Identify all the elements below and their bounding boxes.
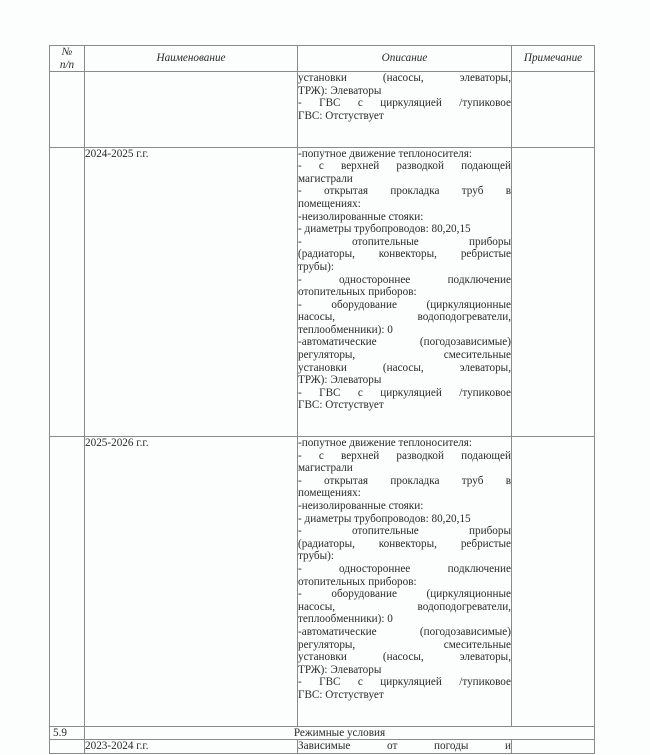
description-line: ТРЖ): Элеваторы [298,374,511,387]
description-line: - оборудование (циркуляционные [298,299,511,312]
description-line: установки (насосы, элеваторы, [298,362,511,375]
description-lines: установки (насосы, элеваторы,ТРЖ): Элева… [298,72,511,122]
description-line: - одностороннее подключение [298,563,511,576]
description-line: Зависимые от погоды и [298,740,511,753]
description-line: трубы): [298,550,511,563]
description-line: ГВС: Отстуствует [298,689,511,702]
description-line: -неизолированные стояки: [298,500,511,513]
cell-number [50,147,85,436]
description-lines: -попутное движение теплоносителя:- с вер… [298,148,511,412]
description-line: теплообменники): 0 [298,613,511,626]
description-line: помещениях: [298,487,511,500]
description-line: помещениях: [298,198,511,211]
description-line: насосы, водоподогреватели, [298,601,511,614]
description-line: ТРЖ): Элеваторы [298,664,511,677]
description-line: - ГВС с циркуляцией /тупиковое [298,97,511,110]
description-line: отопительных приборов: [298,576,511,589]
cell-note [512,740,595,754]
description-line: магистрали [298,173,511,186]
description-line: насосы, водоподогреватели, [298,311,511,324]
description-line: (радиаторы, конвекторы, ребристые [298,538,511,551]
description-line: -попутное движение теплоносителя: [298,437,511,450]
description-line: ГВС: Отстуствует [298,110,511,123]
cell-number [50,740,85,754]
table-row: 2024-2025 г.г. -попутное движение теплон… [50,147,595,436]
cell-number [50,437,85,726]
description-lines: -попутное движение теплоносителя:- с вер… [298,437,511,701]
cell-name: 2024-2025 г.г. [85,147,298,436]
description-line: - одностороннее подключение [298,274,511,287]
description-line: - ГВС с циркуляцией /тупиковое [298,387,511,400]
cell-number [50,72,85,147]
table-row: 2023-2024 г.г.Зависимые от погоды и [50,740,595,754]
description-line: -попутное движение теплоносителя: [298,148,511,161]
cell-note [512,72,595,147]
header-row: №п/п Наименование Описание Примечание [50,46,595,72]
description-line: регуляторы, смесительные [298,349,511,362]
cell-note [512,437,595,726]
document-table: №п/п Наименование Описание Примечание ус… [49,45,595,754]
cell-description: -попутное движение теплоносителя:- с вер… [298,437,512,726]
description-line: - открытая прокладка труб в [298,185,511,198]
cell-description: установки (насосы, элеваторы,ТРЖ): Элева… [298,72,512,147]
description-line: -автоматические (погодозависимые) [298,336,511,349]
cell-note [512,147,595,436]
description-line: регуляторы, смесительные [298,639,511,652]
description-line: - отопительные приборы [298,525,511,538]
description-line: установки (насосы, элеваторы, [298,72,511,85]
table-row-continuation: установки (насосы, элеваторы,ТРЖ): Элева… [50,72,595,147]
cell-description: Зависимые от погоды и [298,740,512,754]
description-line: теплообменники): 0 [298,324,511,337]
header-description: Описание [298,46,512,72]
description-line: - диаметры трубопроводов: 80,20,15 [298,513,511,526]
description-line: ГВС: Отстуствует [298,399,511,412]
section-row: 5.9Режимные условия [50,726,595,740]
cell-description: -попутное движение теплоносителя:- с вер… [298,147,512,436]
description-line: -неизолированные стояки: [298,211,511,224]
description-line: трубы): [298,261,511,274]
description-line: отопительных приборов: [298,286,511,299]
description-line: - с верхней разводкой подающей [298,160,511,173]
description-line: ТРЖ): Элеваторы [298,85,511,98]
section-number: 5.9 [50,726,85,740]
description-line: - открытая прокладка труб в [298,475,511,488]
cell-name [85,72,298,147]
description-line: (радиаторы, конвекторы, ребристые [298,248,511,261]
cell-name: 2023-2024 г.г. [85,740,298,754]
header-note: Примечание [512,46,595,72]
section-title: Режимные условия [85,726,595,740]
description-line: - ГВС с циркуляцией /тупиковое [298,676,511,689]
description-line: -автоматические (погодозависимые) [298,626,511,639]
cell-name: 2025-2026 г.г. [85,437,298,726]
description-line: - оборудование (циркуляционные [298,588,511,601]
header-number: №п/п [50,46,85,72]
table-row: 2025-2026 г.г. -попутное движение теплон… [50,437,595,726]
description-line: установки (насосы, элеваторы, [298,651,511,664]
header-name: Наименование [85,46,298,72]
description-line: магистрали [298,462,511,475]
description-line: - диаметры трубопроводов: 80,20,15 [298,223,511,236]
description-line: - с верхней разводкой подающей [298,450,511,463]
description-line: - отопительные приборы [298,236,511,249]
